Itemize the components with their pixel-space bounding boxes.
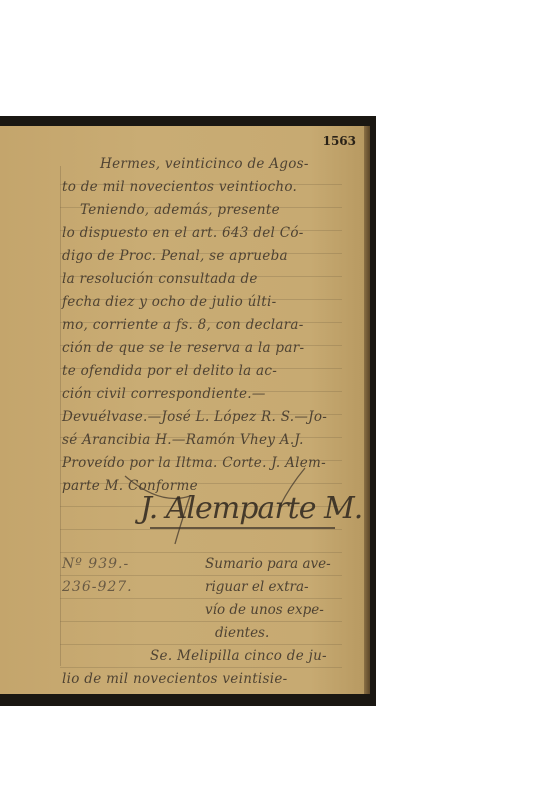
summary-line: Sumario para ave- bbox=[205, 556, 331, 572]
text-line: Se. Melipilla cinco de ju- bbox=[150, 648, 364, 664]
reference-number: Nº 939.- bbox=[62, 556, 129, 572]
ruled-line bbox=[60, 552, 342, 553]
text-line: te ofendida por el delito la ac- bbox=[62, 363, 352, 379]
scanned-document: 1563 Hermes, veinticinco de Agos- to de … bbox=[0, 116, 376, 706]
summary-line: vío de unos expe- bbox=[205, 602, 324, 618]
case-number: 236-927. bbox=[62, 579, 133, 595]
text-line: Devuélvase.—José L. López R. S.—Jo- bbox=[62, 409, 352, 425]
text-line: mo, corriente a fs. 8, con declara- bbox=[62, 317, 352, 333]
ledger-page: 1563 Hermes, veinticinco de Agos- to de … bbox=[0, 126, 364, 694]
ruled-line bbox=[60, 598, 342, 599]
margin-line bbox=[60, 166, 61, 666]
ruled-line bbox=[60, 644, 342, 645]
signature-underline bbox=[150, 527, 335, 529]
text-line: fecha diez y ocho de julio últi- bbox=[62, 294, 352, 310]
text-line: lo dispuesto en el art. 643 del Có- bbox=[62, 225, 352, 241]
text-line: ción de que se le reserva a la par- bbox=[62, 340, 352, 356]
text-line: Hermes, veinticinco de Agos- bbox=[100, 156, 364, 172]
text-line: to de mil novecientos veintiocho. bbox=[62, 179, 352, 195]
page-edge bbox=[364, 126, 370, 694]
ruled-line bbox=[60, 575, 342, 576]
ruled-line bbox=[60, 667, 342, 668]
ruled-line bbox=[60, 621, 342, 622]
summary-line: dientes. bbox=[215, 625, 269, 641]
text-line: sé Arancibia H.—Ramón Vhey A.J. bbox=[62, 432, 352, 448]
text-line: lio de mil novecientos veintisie- bbox=[62, 671, 352, 687]
text-line: digo de Proc. Penal, se aprueba bbox=[62, 248, 352, 264]
text-line: Teniendo, además, presente bbox=[80, 202, 364, 218]
text-line: la resolución consultada de bbox=[62, 271, 352, 287]
signature: J. Alemparte M. bbox=[140, 491, 362, 526]
page-number: 1563 bbox=[323, 134, 356, 148]
text-line: ción civil correspondiente.— bbox=[62, 386, 352, 402]
summary-line: riguar el extra- bbox=[205, 579, 309, 595]
